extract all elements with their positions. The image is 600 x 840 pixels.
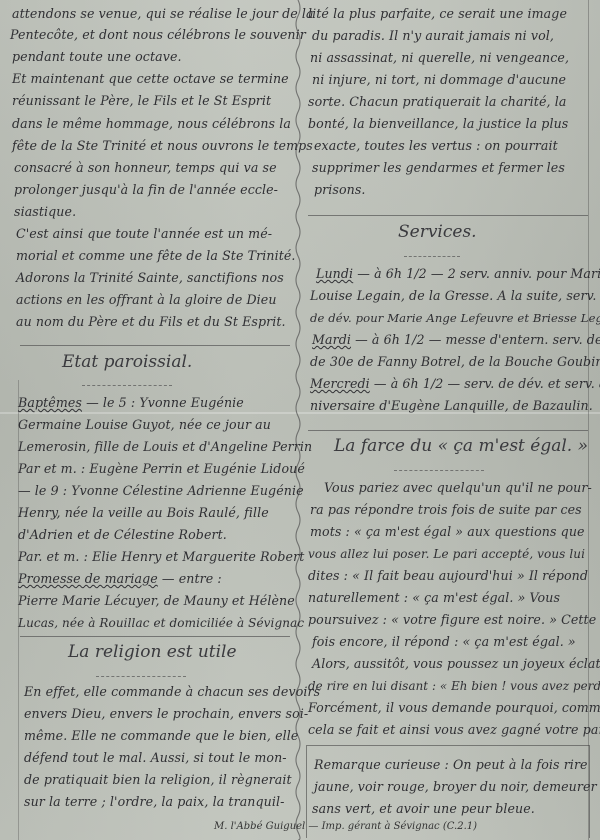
text-line: du paradis. Il n'y aurait jamais ni vol, — [312, 28, 554, 44]
text-line: sans vert, et avoir une peur bleue. — [312, 801, 535, 817]
text-line: Forcément, il vous demande pourquoi, com… — [308, 700, 600, 716]
service-day: Lundi — [316, 266, 353, 281]
service-entry: Lundi — à 6h 1/2 — 2 serv. anniv. pour M… — [316, 266, 600, 282]
baptemes-line: Baptêmes — le 5 : Yvonne Eugénie — [18, 395, 244, 411]
text-line: — le 5 : Yvonne Eugénie — [82, 395, 244, 410]
text-line: supprimer les gendarmes et fermer les — [312, 160, 565, 176]
service-text: — à 6h 1/2 — messe d'entern. serv. de 7e… — [351, 332, 600, 347]
section-rule — [308, 430, 588, 431]
title-squiggle — [394, 466, 484, 471]
text-line: réunissant le Père, le Fils et le St Esp… — [12, 93, 271, 109]
text-line: bonté, la bienveillance, la justice la p… — [308, 116, 568, 132]
right-column: lité la plus parfaite, ce serait une ima… — [304, 0, 590, 840]
text-line: prisons. — [314, 182, 366, 198]
text-line: Adorons la Trinité Sainte, sanctifions n… — [16, 270, 284, 286]
text-line: Germaine Louise Guyot, née ce jour au — [18, 417, 271, 433]
text-line: exacte, toutes les vertus : on pourrait — [314, 138, 558, 154]
title-squiggle — [82, 381, 172, 386]
text-line: Par. et m. : Elie Henry et Marguerite Ro… — [18, 549, 304, 565]
text-line: Vous pariez avec quelqu'un qu'il ne pour… — [324, 480, 592, 496]
text-line: même. Elle ne commande que le bien, elle — [24, 728, 298, 744]
text-line: consacré à son honneur, temps qui va se — [14, 160, 277, 176]
text-line: prolonger jusqu'à la fin de l'année eccl… — [14, 182, 278, 198]
text-line: de rire en lui disant : « Eh bien ! vous… — [308, 678, 600, 694]
text-line: d'Adrien et de Célestine Robert. — [18, 527, 227, 543]
text-line: Remarque curieuse : On peut à la fois ri… — [314, 757, 588, 773]
section-title-etat-paroissial: Etat paroissial. — [62, 352, 192, 372]
text-line: Pentecôte, et dont nous célébrons le sou… — [10, 27, 306, 43]
text-line: ni injure, ni tort, ni dommage d'aucune — [312, 72, 566, 88]
section-rule — [20, 636, 290, 637]
service-entry: de dév. pour Marie Ange Lefeuvre et Brie… — [310, 310, 600, 326]
text-line: jaune, voir rouge, broyer du noir, demeu… — [314, 779, 597, 795]
title-squiggle — [96, 672, 186, 677]
text-line: siastique. — [14, 204, 76, 220]
text-line: attendons se venue, qui se réalise le jo… — [12, 6, 314, 22]
text-line: Et maintenant que cette octave se termin… — [12, 71, 289, 87]
text-line: Par et m. : Eugène Perrin et Eugénie Lid… — [18, 461, 305, 477]
text-line: — entre : — [158, 571, 222, 586]
service-text: — à 6h 1/2 — serv. de dév. et serv. an- — [370, 376, 600, 391]
service-entry: niversaire d'Eugène Lanquille, de Bazaul… — [310, 398, 593, 414]
text-line: dans le même hommage, nous célébrons la — [12, 116, 291, 132]
text-line: En effet, elle commande à chacun ses dev… — [24, 684, 320, 700]
text-line: fête de la Ste Trinité et nous ouvrons l… — [12, 138, 313, 154]
service-day: Mardi — [312, 332, 351, 347]
text-line: défend tout le mal. Aussi, si tout le mo… — [24, 750, 287, 766]
service-entry: Mercredi — à 6h 1/2 — serv. de dév. et s… — [310, 376, 600, 392]
text-line: sur la terre ; l'ordre, la paix, la tran… — [24, 794, 285, 810]
service-text: — à 6h 1/2 — 2 serv. anniv. pour Marie — [353, 266, 600, 281]
section-rule — [20, 345, 290, 346]
text-line: envers Dieu, envers le prochain, envers … — [24, 706, 308, 722]
text-line: cela se fait et ainsi vous avez gagné vo… — [308, 722, 600, 738]
text-line: mots : « ça m'est égal » aux questions q… — [310, 524, 585, 540]
text-line: sorte. Chacun pratiquerait la charité, l… — [308, 94, 566, 110]
text-line: Pierre Marie Lécuyer, de Mauny et Hélène — [18, 593, 295, 609]
service-entry: Louise Legain, de la Gresse. A la suite,… — [310, 288, 596, 304]
printer-signature: M. l'Abbé Guiguel — Imp. gérant à Sévign… — [214, 821, 477, 832]
text-line: lité la plus parfaite, ce serait une ima… — [308, 6, 567, 22]
text-line: Henry, née la veille au Bois Raulé, fill… — [18, 505, 269, 521]
title-squiggle — [404, 252, 460, 257]
text-line: — le 9 : Yvonne Célestine Adrienne Eugén… — [18, 483, 304, 499]
text-line: ni assassinat, ni querelle, ni vengeance… — [310, 50, 569, 66]
text-line: de pratiquait bien la religion, il règne… — [24, 772, 292, 788]
text-line: poursuivez : « votre figure est noire. »… — [308, 612, 596, 628]
left-column: attendons se venue, qui se réalise le jo… — [0, 0, 294, 840]
text-line: actions en les offrant à la gloire de Di… — [16, 292, 277, 308]
text-line: ra pas répondre trois fois de suite par … — [310, 502, 582, 518]
service-entry: de 30e de Fanny Botrel, de la Bouche Gou… — [310, 354, 600, 370]
section-title-farce: La farce du « ça m'est égal. » — [334, 436, 588, 456]
service-entry: Mardi — à 6h 1/2 — messe d'entern. serv.… — [312, 332, 600, 348]
service-day: Mercredi — [310, 376, 370, 391]
text-line: vous allez lui poser. Le pari accepté, v… — [308, 546, 585, 562]
text-line: Lemerosin, fille de Louis et d'Angeline … — [18, 439, 312, 455]
text-line: au nom du Père et du Fils et du St Espri… — [16, 314, 286, 330]
promesse-label: Promesse de mariage — [18, 571, 158, 586]
section-title-religion: La religion est utile — [68, 642, 237, 662]
promesse-line: Promesse de mariage — entre : — [18, 571, 222, 587]
text-line: Lucas, née à Rouillac et domiciliée à Sé… — [18, 615, 304, 631]
text-line: pendant toute une octave. — [12, 49, 182, 65]
baptemes-label: Baptêmes — [18, 395, 82, 410]
text-line: dites : « Il fait beau aujourd'hui » Il … — [308, 568, 588, 584]
text-line: Alors, aussitôt, vous poussez un joyeux … — [312, 656, 600, 672]
text-line: morial et comme une fête de la Ste Trini… — [16, 248, 296, 264]
section-rule — [308, 215, 588, 216]
text-line: fois encore, il répond : « ça m'est égal… — [312, 634, 576, 650]
text-line: naturellement : « ça m'est égal. » Vous — [308, 590, 560, 606]
text-line: C'est ainsi que toute l'année est un mé- — [16, 226, 272, 242]
section-title-services: Services. — [398, 222, 477, 242]
